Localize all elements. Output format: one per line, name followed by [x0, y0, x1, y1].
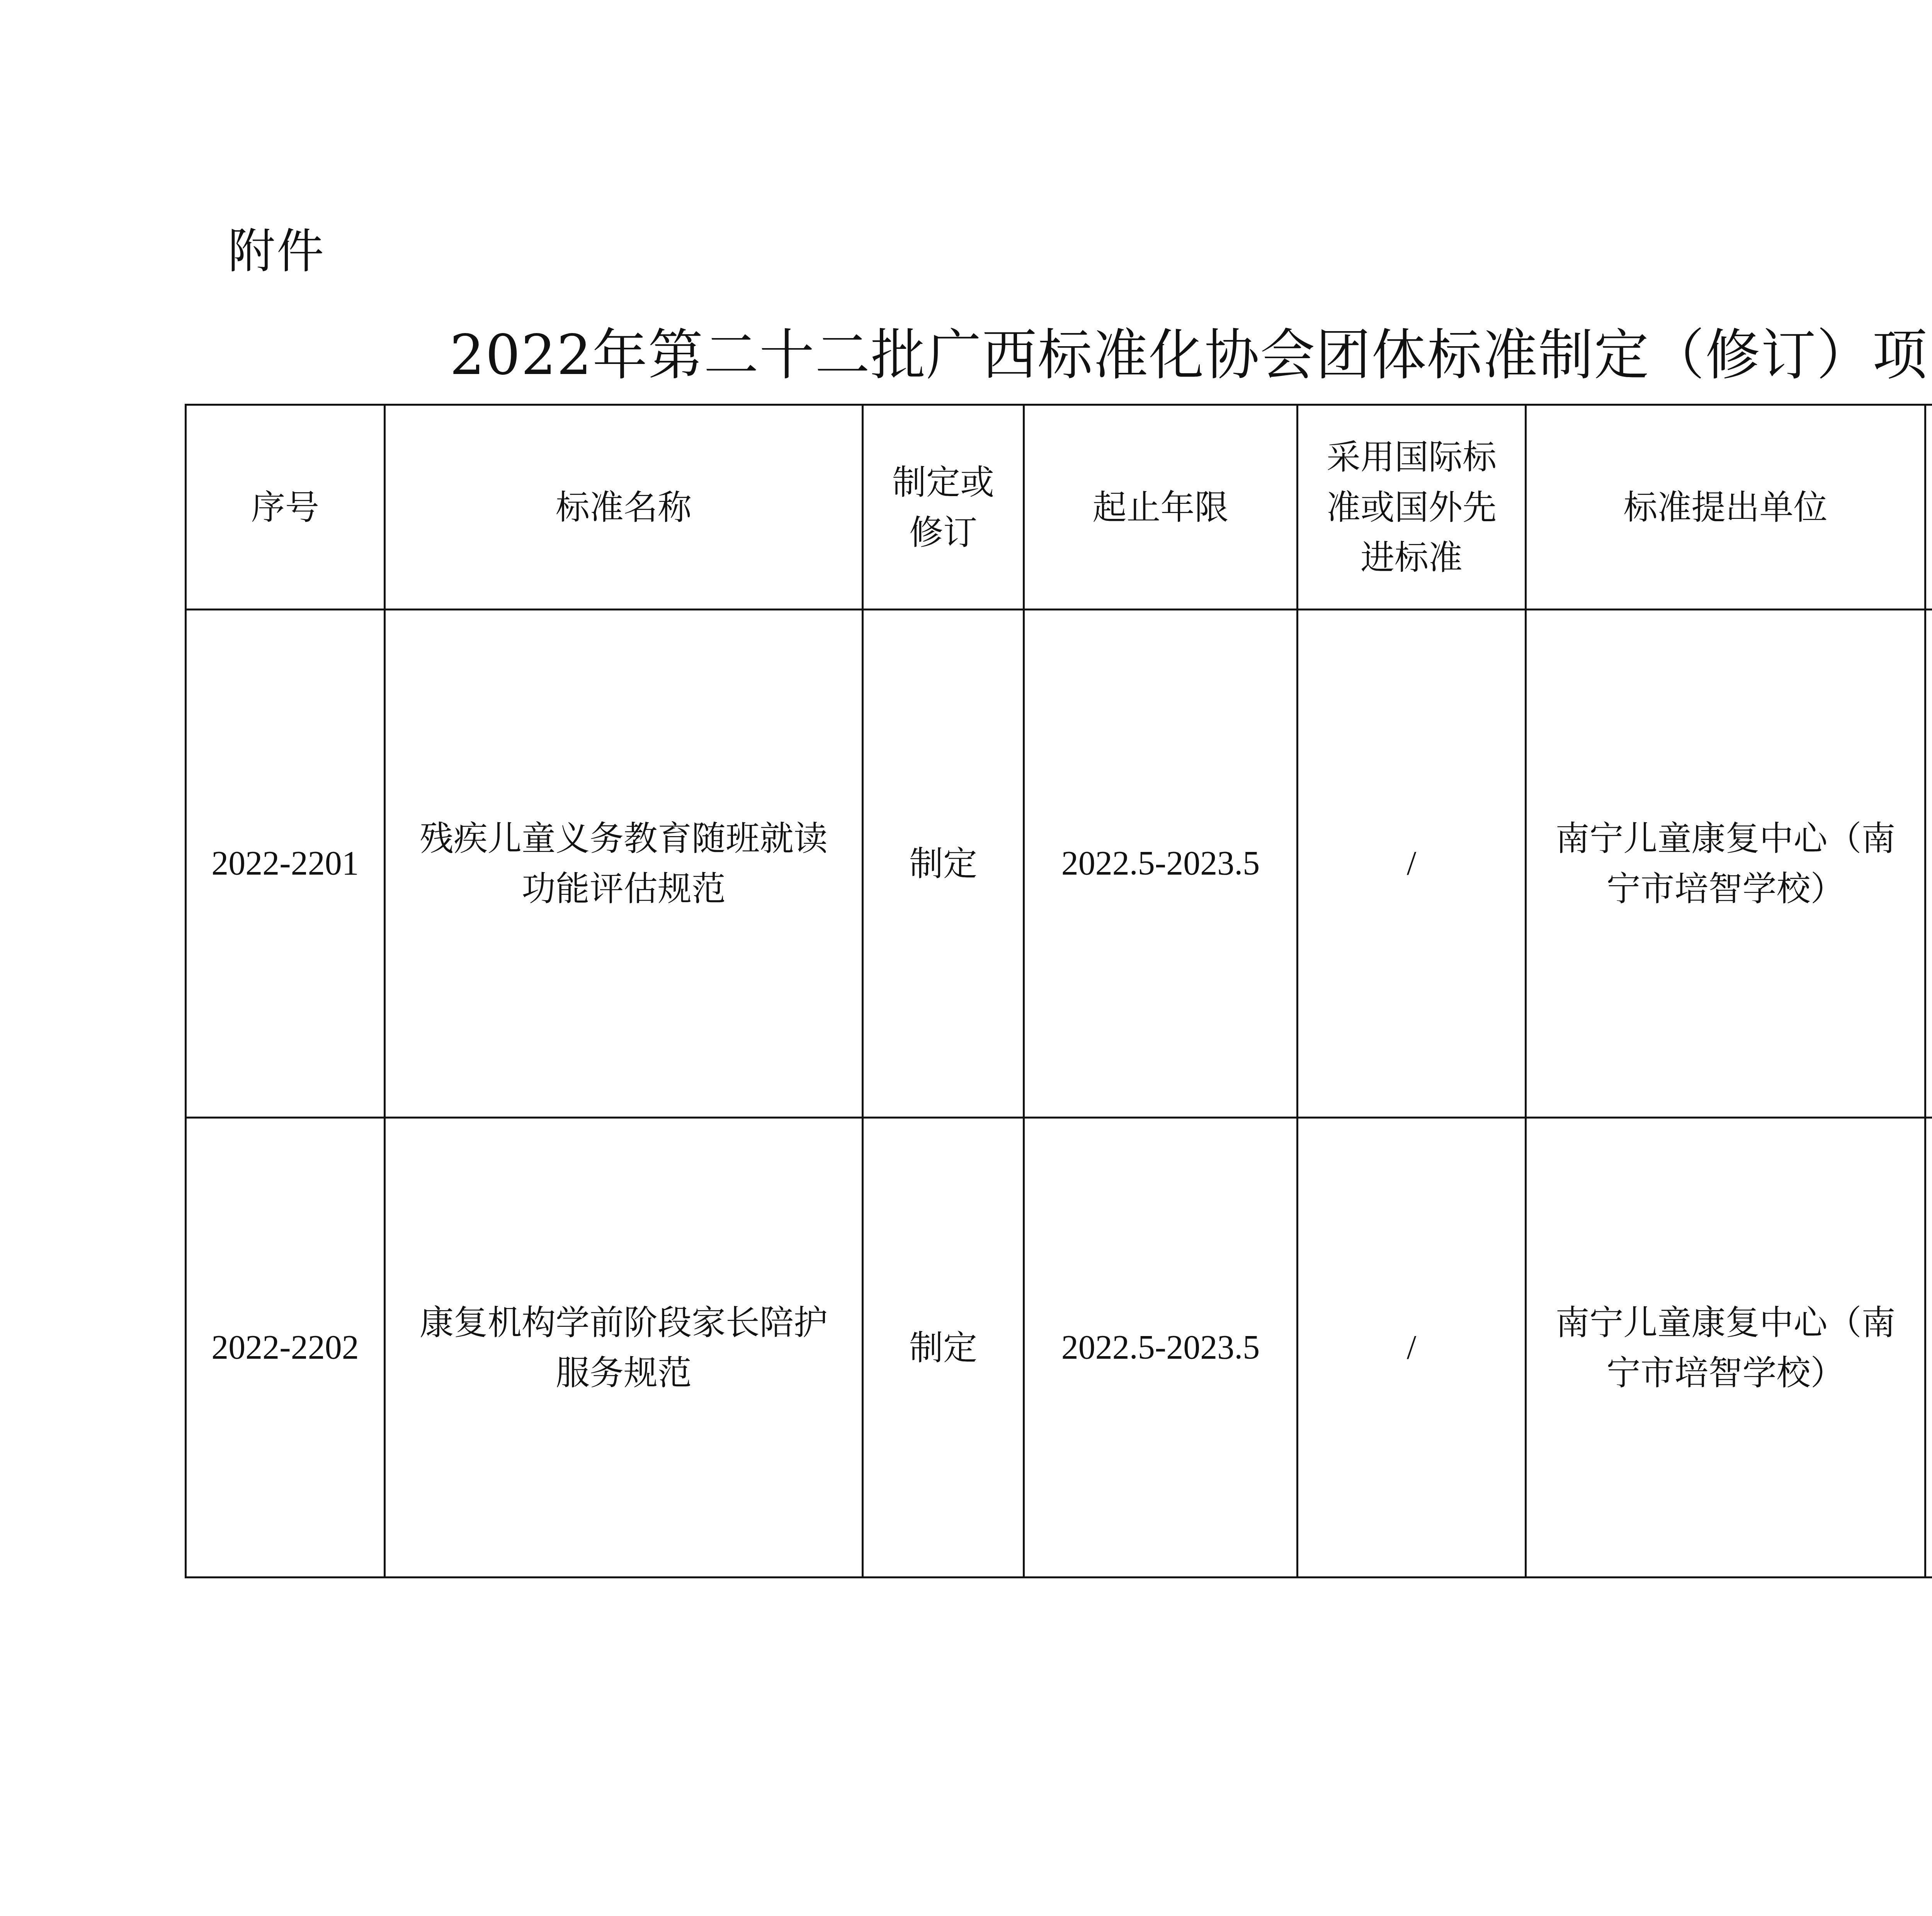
header-drafting-units: 标准起草单位 — [1925, 405, 1932, 610]
serial-number-cell: 2022-2202 — [186, 1118, 385, 1578]
serial-number-cell: 2022-2201 — [186, 610, 385, 1118]
standard-name-cell: 残疾儿童义务教育随班就读功能评估规范 — [385, 610, 863, 1118]
document-title: 2022年第二十二批广西标准化协会团体标准制定（修订）项目计划汇总表 — [0, 313, 1932, 398]
establish-or-revise-cell: 制定 — [863, 610, 1024, 1118]
period-cell: 2022.5-2023.5 — [1024, 610, 1298, 1118]
international-standard-cell: / — [1298, 1118, 1526, 1578]
proposing-unit-cell: 南宁儿童康复中心（南宁市培智学校） — [1526, 1118, 1925, 1578]
international-standard-cell: / — [1298, 610, 1526, 1118]
period-cell: 2022.5-2023.5 — [1024, 1118, 1298, 1578]
header-standard-name: 标准名称 — [385, 405, 863, 610]
standard-name-cell: 康复机构学前阶段家长陪护服务规范 — [385, 1118, 863, 1578]
drafting-units-cell: 南宁儿童康复中心（南宁市培智学校）、广西幼儿师范高等专科学校、广西特殊教育师资培… — [1925, 610, 1932, 1118]
header-serial-number: 序号 — [186, 405, 385, 610]
project-plan-table: 序号 标准名称 制定或修订 起止年限 采用国际标准或国外先进标准 标准提出单位 … — [185, 404, 1932, 1578]
attachment-label: 附件 — [228, 220, 325, 282]
header-period: 起止年限 — [1024, 405, 1298, 610]
table-row: 2022-2201 残疾儿童义务教育随班就读功能评估规范 制定 2022.5-2… — [186, 610, 1932, 1118]
drafting-units-cell: 南宁儿童康复中心（南宁市培智学校）、广西幼儿师范高等专科学校、广西特殊教育师资培… — [1925, 1118, 1932, 1578]
table-row: 2022-2202 康复机构学前阶段家长陪护服务规范 制定 2022.5-202… — [186, 1118, 1932, 1578]
header-proposing-unit: 标准提出单位 — [1526, 405, 1925, 610]
proposing-unit-cell: 南宁儿童康复中心（南宁市培智学校） — [1526, 610, 1925, 1118]
header-international-standard: 采用国际标准或国外先进标准 — [1298, 405, 1526, 610]
table-header-row: 序号 标准名称 制定或修订 起止年限 采用国际标准或国外先进标准 标准提出单位 … — [186, 405, 1932, 610]
establish-or-revise-cell: 制定 — [863, 1118, 1024, 1578]
header-establish-or-revise: 制定或修订 — [863, 405, 1024, 610]
